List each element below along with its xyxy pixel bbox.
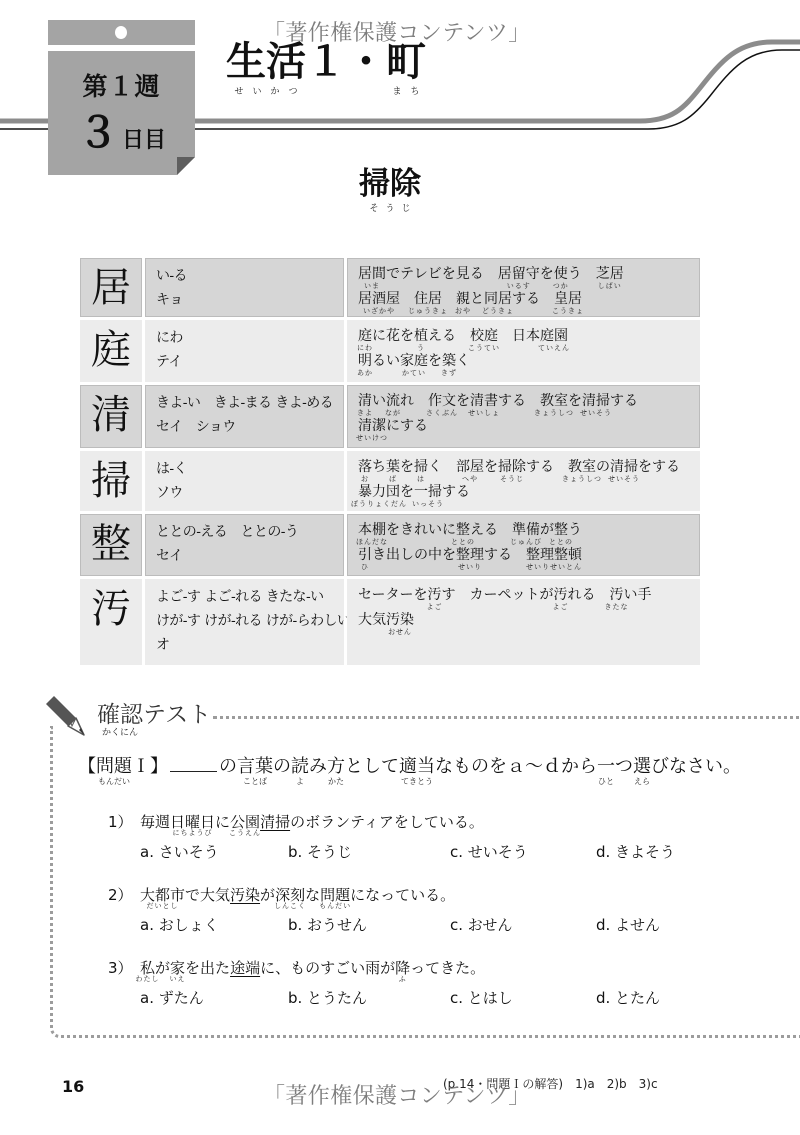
text-segment: 清きよ (358, 393, 372, 410)
base-text: する (442, 484, 470, 500)
reading-line: きよ-い きよ-まる きよ-める (156, 391, 344, 415)
question-sentence: 大都市だいとしで大気汚染が深刻しんこくな問題もんだいになっている。 (140, 885, 455, 905)
base-text: 一 (597, 756, 615, 777)
text-segment: 汚よご (427, 587, 441, 604)
text-segment: 清掃せいそう (582, 393, 610, 410)
base-text: の (219, 756, 237, 777)
text-segment: す カーペットが (441, 587, 553, 604)
furigana: う (417, 345, 425, 352)
kanji-cell: 居 (80, 258, 142, 317)
base-text: 掃 (414, 459, 428, 475)
copyright-watermark-bottom: 「著作権保護コンテンツ」 (263, 1084, 531, 1110)
base-text: 掃除 (498, 459, 526, 475)
quiz-heading: 確認かくにんテスト (97, 701, 211, 729)
readings-cell: は-くソウ (145, 451, 344, 511)
text-segment: 掃除そうじ (359, 166, 421, 202)
base-text: 清掃 (610, 459, 638, 475)
base-text: に (215, 813, 230, 831)
furigana: せいそう (608, 476, 640, 483)
text-segment: るい (372, 353, 400, 370)
text-segment: 準備じゅんび (512, 522, 540, 539)
furigana: にわ (357, 345, 373, 352)
base-text: なものをａ～ｄから (435, 756, 597, 777)
text-segment: でテレビを見る (386, 266, 498, 283)
text-segment: 清掃せいそう (610, 459, 638, 476)
text-segment: 私わたし (140, 958, 155, 978)
question-item: 1）毎週日曜日にちようびに公園こうえん清掃のボランティアをしている。a. さいそ… (108, 812, 768, 885)
examples-cell: セーターを汚よごす カーペットが汚よごれる 汚きたない手大気汚染おせん (347, 579, 700, 665)
base-text: を出た (185, 959, 230, 977)
furigana: お (361, 476, 369, 483)
example-line: 居酒屋いざかや 住居じゅうきょ 親おやと同居どうきょする 皇居こうきょ (358, 291, 700, 316)
answer-option: d. とたん (596, 988, 716, 1008)
example-line: 庭にわに花を植うえる 校庭こうてい 日本庭園ていえん (358, 328, 700, 353)
base-text: 清潔 (358, 418, 386, 434)
furigana: こうてい (468, 345, 500, 352)
text-segment: 居間いま (358, 266, 386, 283)
text-segment: を出た (185, 958, 230, 978)
example-line: 引ひき出しの中を整理せいりする 整理整頓せいりせいとん (358, 547, 700, 572)
text-segment: 部屋へや (456, 459, 484, 476)
base-text: を (456, 393, 470, 409)
question-item: 3）私わたしが家いえを出た途端に、ものすごい雨が降ふってきた。a. ずたんb. … (108, 958, 768, 1031)
examples-cell: 居間いまでテレビを見る 居留守いるすを使つかう 芝居しばい居酒屋いざかや 住居じ… (347, 258, 700, 317)
base-text: 落 (358, 459, 372, 475)
text-segment: 整理整頓せいりせいとん (526, 547, 582, 564)
base-text: 大気 (358, 612, 386, 628)
text-segment: 毎週 (140, 812, 170, 832)
base-text: 庭 (358, 328, 372, 344)
base-text: を (400, 484, 414, 500)
text-segment: が (260, 885, 275, 905)
textbook-page: 「著作権保護コンテンツ」 第１週 ３日目 生活せいかつ１・町まち 掃除そうじ 居… (0, 0, 800, 1135)
base-text: のボランティアをしている。 (290, 813, 484, 831)
text-segment: う (568, 266, 596, 283)
text-segment: 庭にわ (358, 328, 372, 345)
text-segment: 清潔せいけつ (358, 418, 386, 435)
text-segment: 問題もんだい (320, 885, 350, 905)
base-text: の (273, 756, 291, 777)
base-text: する (526, 459, 568, 475)
reading-line: けが-す けが-れる けが-らわしい (156, 609, 344, 633)
text-segment: 皇居こうきょ (554, 291, 582, 308)
furigana: そうじ (362, 205, 417, 214)
kanji-cell: 掃 (80, 451, 142, 511)
readings-cell: い-るキョ (145, 258, 344, 317)
answer-option: d. きよそう (596, 842, 716, 862)
furigana: こうきょ (552, 308, 584, 315)
base-text: 芝居 (596, 266, 624, 282)
furigana: いっそう (412, 501, 444, 508)
base-text: 校庭 (470, 328, 498, 344)
question-sentence: 毎週日曜日にちようびに公園こうえん清掃のボランティアをしている。 (140, 812, 484, 832)
base-text: 準備 (512, 522, 540, 538)
furigana: どうきょ (482, 308, 514, 315)
text-segment: 暴力団ぼうりょくだん (358, 484, 400, 501)
text-segment: つ (615, 755, 633, 779)
base-text: 居留守 (498, 266, 540, 282)
copyright-watermark-top: 「著作権保護コンテンツ」 (263, 21, 531, 47)
base-text: 葉 (386, 459, 400, 475)
base-text: 清掃 (582, 393, 610, 409)
base-text: セーターを (358, 587, 427, 603)
text-segment: を (400, 484, 414, 501)
base-text: 一掃 (414, 484, 442, 500)
kanji-cell: 清 (80, 385, 142, 448)
base-text: 明 (358, 353, 372, 369)
text-segment: をする (638, 459, 680, 476)
base-text: す カーペットが (441, 587, 553, 603)
base-text: み (309, 756, 327, 777)
example-line: 暴力団ぼうりょくだんを一掃いっそうする (358, 484, 700, 509)
base-text: を (484, 459, 498, 475)
text-segment: 日本 (498, 328, 540, 345)
base-text: 築 (442, 353, 456, 369)
text-segment: れ (400, 393, 428, 410)
example-line: 清きよい流ながれ 作文さくぶんを清書せいしょする 教室きょうしつを清掃せいそうす… (358, 393, 700, 418)
furigana: えら (634, 778, 650, 786)
furigana: きよ (357, 410, 373, 417)
text-segment: 深刻しんこく (275, 885, 305, 905)
text-segment: 【 (78, 755, 96, 779)
text-segment: になっている。 (350, 885, 455, 905)
base-text: 整 (456, 522, 470, 538)
furigana: へや (462, 476, 478, 483)
text-segment: テスト (143, 701, 211, 729)
base-text: 皇居 (554, 291, 582, 307)
reading-line: は-く (156, 457, 344, 481)
furigana: ととの (549, 539, 573, 546)
base-text: 家庭 (400, 353, 428, 369)
reading-line: キョ (156, 288, 344, 312)
base-text: き出しの中を (372, 547, 456, 563)
furigana: きず (441, 370, 457, 377)
base-text: テスト (143, 702, 211, 728)
text-segment: 汚よご (553, 587, 567, 604)
base-text: 汚 (427, 587, 441, 603)
base-text: 住居 (414, 291, 442, 307)
furigana: なが (385, 410, 401, 417)
base-text: 引 (358, 547, 372, 563)
kanji-cell: 整 (80, 514, 142, 576)
answer-option: c. とはし (450, 988, 596, 1008)
furigana: せいり (458, 564, 482, 571)
question-number: 2） (108, 885, 133, 905)
furigana: せいそう (580, 410, 612, 417)
base-text: にする (386, 418, 428, 434)
base-text: が (540, 522, 554, 538)
base-text: 居酒屋 (358, 291, 400, 307)
base-text: と (470, 291, 484, 307)
text-segment: 教室きょうしつ (540, 393, 568, 410)
base-text: れる (567, 587, 609, 603)
base-text: の (596, 459, 610, 475)
answer-option: d. よせん (596, 915, 716, 935)
answer-option: c. おせん (450, 915, 596, 935)
text-segment: にする (386, 418, 428, 435)
base-text: として (345, 756, 399, 777)
text-segment: 一掃いっそう (414, 484, 442, 501)
answer-options: a. ずたんb. とうたんc. とはしd. とたん (140, 988, 716, 1008)
text-segment: 汚きたな (609, 587, 623, 604)
text-segment: ち (372, 459, 386, 476)
base-text: に、ものすごい雨が (260, 959, 395, 977)
base-text: える (428, 328, 470, 344)
text-segment: の (596, 459, 610, 476)
answer-option: a. さいそう (140, 842, 288, 862)
base-text: 掃除 (359, 166, 421, 202)
example-line: 居間いまでテレビを見る 居留守いるすを使つかう 芝居しばい (358, 266, 700, 291)
text-segment: 引ひ (358, 547, 372, 564)
text-segment: が (155, 958, 170, 978)
example-line: セーターを汚よごす カーペットが汚よごれる 汚きたない手 (358, 587, 700, 612)
answer-options: a. さいそうb. そうじc. せいそうd. きよそう (140, 842, 716, 862)
text-segment: 適当てきとう (399, 755, 435, 779)
base-text: で大気 (185, 886, 230, 904)
base-text (400, 291, 414, 307)
furigana: よ (296, 778, 304, 786)
target-word: 途端 (230, 958, 260, 978)
answer-option: c. せいそう (450, 842, 596, 862)
reading-line: い-る (156, 264, 344, 288)
text-segment: 掃除そうじ (498, 459, 526, 476)
text-segment: 教室きょうしつ (568, 459, 596, 476)
furigana: しばい (598, 283, 622, 290)
furigana: ひと (598, 778, 614, 786)
base-text: 【 (78, 756, 96, 777)
page-number: 16 (62, 1077, 84, 1096)
base-text: 整 (554, 522, 568, 538)
base-text: でテレビを見る (386, 266, 498, 282)
target-word: 汚染 (230, 885, 260, 905)
furigana: よご (552, 604, 568, 611)
base-text: 読 (291, 756, 309, 777)
text-segment: を (400, 459, 414, 476)
text-segment: 居酒屋いざかや (358, 291, 400, 308)
text-segment: を (428, 353, 442, 370)
furigana: つか (553, 283, 569, 290)
furigana: もんだい (98, 778, 130, 786)
base-text (442, 291, 456, 307)
furigana: じゅんび (510, 539, 542, 546)
base-text: 作文 (428, 393, 456, 409)
base-text: 汚 (609, 587, 623, 603)
base-text: を (568, 393, 582, 409)
quiz-border-top (213, 716, 800, 719)
text-segment: い手 (623, 587, 651, 604)
base-text: う (568, 522, 582, 538)
text-segment: 芝居しばい (596, 266, 624, 283)
furigana: まち (383, 88, 428, 97)
furigana: せいしょ (468, 410, 500, 417)
day-suffix: 日目 (122, 128, 166, 153)
text-segment: える (428, 328, 470, 345)
text-segment: 日曜日にちようび (170, 812, 215, 832)
base-text: う (568, 266, 596, 282)
example-line: 清潔せいけつにする (358, 418, 700, 443)
quiz-instruction: 【問題もんだいＩ】の言葉ことばの読よみ方かたとして適当てきとうなものをａ～ｄから… (78, 752, 741, 779)
text-segment: 本棚ほんだな (358, 522, 386, 539)
week-label: 第１週 (48, 72, 195, 102)
furigana: いるす (507, 283, 531, 290)
text-segment (400, 291, 414, 308)
base-text: をする (638, 459, 680, 475)
text-segment: 方かた (327, 755, 345, 779)
base-text: 親 (456, 291, 470, 307)
text-segment: 葉ば (386, 459, 400, 476)
text-segment: セーターを (358, 587, 427, 604)
base-text: るい (372, 353, 400, 369)
text-segment: な (305, 885, 320, 905)
base-text: い (372, 393, 386, 409)
text-segment: びなさい。 (651, 755, 741, 779)
base-text: く (456, 353, 470, 369)
kanji-cell: 庭 (80, 320, 142, 382)
base-text: ち (372, 459, 386, 475)
base-text: を (540, 266, 554, 282)
base-text: 植 (414, 328, 428, 344)
text-segment: き出しの中を (372, 547, 456, 564)
base-text: 清 (358, 393, 372, 409)
answer-option: a. ずたん (140, 988, 288, 1008)
furigana: かた (328, 778, 344, 786)
base-text: 選 (633, 756, 651, 777)
base-text: 汚染 (230, 886, 260, 904)
text-segment: 一ひと (597, 755, 615, 779)
furigana: かてい (402, 370, 426, 377)
base-text: 言葉 (237, 756, 273, 777)
furigana: いえ (170, 976, 186, 983)
text-segment: 整ととの (456, 522, 470, 539)
text-segment: する (610, 393, 638, 410)
furigana: きょうしつ (534, 410, 574, 417)
text-segment: 居留守いるす (498, 266, 540, 283)
text-segment: で大気 (185, 885, 230, 905)
base-text: 清掃 (260, 813, 290, 831)
base-text: する (484, 547, 526, 563)
base-text: 居間 (358, 266, 386, 282)
text-segment: う (568, 522, 582, 539)
furigana: てきとう (401, 778, 433, 786)
text-segment: 築きず (442, 353, 456, 370)
furigana: あか (357, 370, 373, 377)
furigana: そうじ (500, 476, 524, 483)
text-segment: する (526, 459, 568, 476)
text-segment: の (219, 755, 237, 779)
question-sentence: 私わたしが家いえを出た途端に、ものすごい雨が降ふってきた。 (140, 958, 485, 978)
furigana: だいとし (147, 903, 179, 910)
base-text: びなさい。 (651, 756, 741, 777)
base-text: する (610, 393, 638, 409)
text-segment: を (484, 459, 498, 476)
base-text: 教室 (540, 393, 568, 409)
text-segment: 整理せいり (456, 547, 484, 564)
text-segment: する (498, 393, 540, 410)
furigana: せいけつ (356, 435, 388, 442)
example-line: 本棚ほんだなをきれいに整ととのえる 準備じゅんびが整ととのう (358, 522, 700, 547)
base-text: をきれいに (386, 522, 456, 538)
reading-line: オ (156, 633, 344, 657)
text-segment: 清書せいしょ (470, 393, 498, 410)
text-segment: する (484, 547, 526, 564)
text-segment: く (456, 353, 470, 370)
text-segment: を (568, 393, 582, 410)
furigana: いざかや (363, 308, 395, 315)
furigana: ぼうりょくだん (351, 501, 407, 508)
furigana: きょうしつ (562, 476, 602, 483)
day-number: ３ (77, 108, 119, 157)
furigana: ほんだな (356, 539, 388, 546)
base-text: つ (615, 756, 633, 777)
base-text: く (428, 459, 456, 475)
base-text: 汚 (553, 587, 567, 603)
answer-option: b. とうたん (288, 988, 450, 1008)
furigana: ととの (451, 539, 475, 546)
base-text: が (260, 886, 275, 904)
examples-cell: 清きよい流ながれ 作文さくぶんを清書せいしょする 教室きょうしつを清掃せいそうす… (347, 385, 700, 448)
text-segment: 整ととの (554, 522, 568, 539)
kanji-cell: 汚 (80, 579, 142, 665)
furigana: にちようび (173, 830, 213, 837)
text-segment: 掃は (414, 459, 428, 476)
furigana: せいりせいとん (526, 564, 582, 571)
furigana: よご (426, 604, 442, 611)
furigana: せいかつ (225, 88, 306, 97)
base-text: 暴力団 (358, 484, 400, 500)
answer-blank (170, 752, 217, 772)
example-line: 落おち葉ばを掃はく 部屋へやを掃除そうじする 教室きょうしつの清掃せいそうをする (358, 459, 700, 484)
text-segment: 家いえ (170, 958, 185, 978)
text-segment: のボランティアをしている。 (290, 812, 484, 832)
base-text: 方 (327, 756, 345, 777)
text-segment: 庭園ていえん (540, 328, 568, 345)
question-item: 2）大都市だいとしで大気汚染が深刻しんこくな問題もんだいになっている。a. おし… (108, 885, 768, 958)
furigana: ふ (399, 976, 407, 983)
base-text: える (470, 522, 512, 538)
reading-line: よご-す よご-れる きたな-い (156, 585, 344, 609)
target-word: 清掃 (260, 812, 290, 832)
text-segment: する (442, 484, 470, 501)
base-text: な (305, 886, 320, 904)
base-text: になっている。 (350, 886, 455, 904)
furigana: ひ (361, 564, 369, 571)
text-segment: が (540, 522, 554, 539)
readings-cell: ととの-える ととの-うセイ (145, 514, 344, 576)
examples-cell: 本棚ほんだなをきれいに整ととのえる 準備じゅんびが整ととのう引ひき出しの中を整理… (347, 514, 700, 576)
base-text: 確認 (97, 702, 143, 728)
base-text: する (512, 291, 554, 307)
text-segment: 言葉ことば (237, 755, 273, 779)
text-segment: える (470, 522, 512, 539)
text-segment: 流なが (386, 393, 400, 410)
base-text: 庭園 (540, 328, 568, 344)
reading-line: にわ (156, 326, 344, 350)
examples-cell: 落おち葉ばを掃はく 部屋へやを掃除そうじする 教室きょうしつの清掃せいそうをする… (347, 451, 700, 511)
furigana: さくぶん (426, 410, 458, 417)
text-segment: Ｉ】 (132, 755, 168, 779)
calendar-hole-icon (115, 26, 127, 39)
text-segment: として (345, 755, 399, 779)
question-number: 3） (108, 958, 133, 978)
calendar-page: 第１週 ３日目 (48, 51, 195, 175)
base-text: 本棚 (358, 522, 386, 538)
example-line: 大気汚染おせん (358, 612, 700, 637)
text-segment: 公園こうえん (230, 812, 260, 832)
text-segment: をきれいに (386, 522, 456, 539)
text-segment: の (273, 755, 291, 779)
furigana: いま (364, 283, 380, 290)
examples-cell: 庭にわに花を植うえる 校庭こうてい 日本庭園ていえん明あかるい家庭かていを築きず… (347, 320, 700, 382)
